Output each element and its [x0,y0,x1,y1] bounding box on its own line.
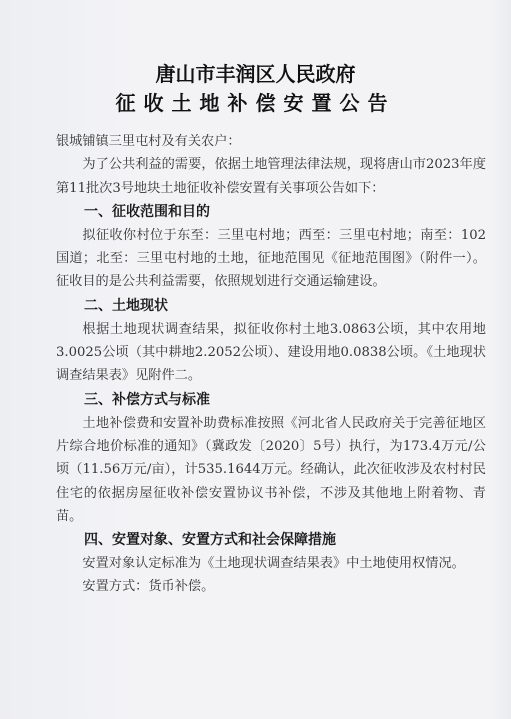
document-title-issuer: 唐山市丰润区人民政府 [0,58,511,87]
document-body: 银城铺镇三里屯村及有关农户： 为了公共利益的需要，依据土地管理法律法规，现将唐山… [56,130,486,599]
section-paragraph-resettlement-method: 安置方式：货币补偿。 [56,575,486,598]
intro-paragraph: 为了公共利益的需要，依据土地管理法律法规，现将唐山市2023年度第11批次3号地… [56,153,486,200]
section-heading-land-status: 二、土地现状 [56,294,486,318]
document-page: 唐山市丰润区人民政府 征收土地补偿安置公告 银城铺镇三里屯村及有关农户： 为了公… [0,0,511,719]
section-heading-compensation: 三、补偿方式与标准 [56,388,486,412]
section-heading-resettlement: 四、安置对象、安置方式和社会保障措施 [56,528,486,552]
section-paragraph-compensation: 土地补偿费和安置补助费标准按照《河北省人民政府关于完善征地区片综合地价标准的通知… [56,412,486,528]
salutation: 银城铺镇三里屯村及有关农户： [56,130,486,153]
section-paragraph-resettlement-criteria: 安置对象认定标准为《土地现状调查结果表》中土地使用权情况。 [56,552,486,575]
document-title-subject: 征收土地补偿安置公告 [0,87,511,116]
section-heading-scope: 一、征收范围和目的 [56,200,486,224]
section-paragraph-land-status: 根据土地现状调查结果，拟征收你村土地3.0863公顷，其中农用地3.0025公顷… [56,318,486,388]
section-paragraph-scope: 拟征收你村位于东至：三里屯村地；西至：三里屯村地；南至：102国道；北至：三里屯… [56,224,486,294]
